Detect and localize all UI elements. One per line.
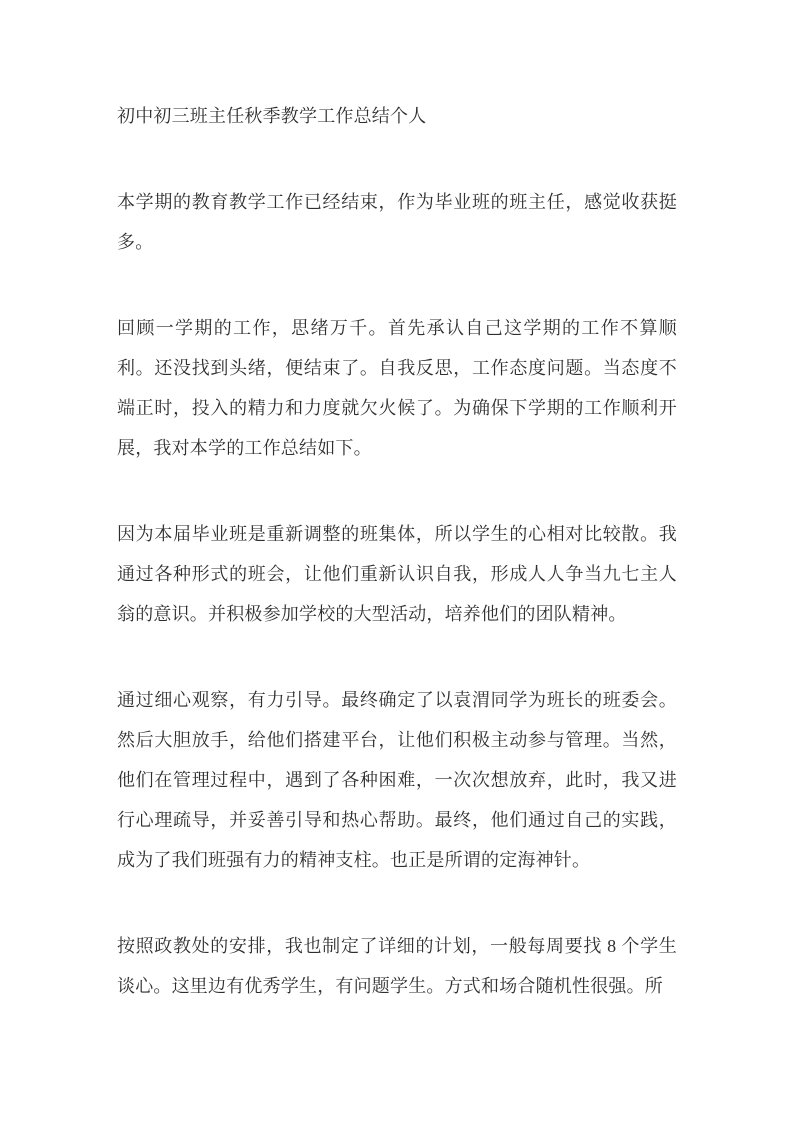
- paragraph-2: 回顾一学期的工作，思绪万千。首先承认自己这学期的工作不算顺利。还没找到头绪，便结…: [117, 308, 677, 468]
- document-title: 初中初三班主任秋季教学工作总结个人: [117, 96, 677, 136]
- document-page: 初中初三班主任秋季教学工作总结个人 本学期的教育教学工作已经结束，作为毕业班的班…: [0, 0, 793, 1122]
- paragraph-4: 通过细心观察，有力引导。最终确定了以袁渭同学为班长的班委会。然后大胆放手，给他们…: [117, 680, 677, 880]
- paragraph-1: 本学期的教育教学工作已经结束，作为毕业班的班主任，感觉收获挺多。: [117, 182, 677, 262]
- paragraph-3: 因为本届毕业班是重新调整的班集体，所以学生的心相对比较散。我通过各种形式的班会，…: [117, 514, 677, 634]
- paragraph-5: 按照政教处的安排，我也制定了详细的计划，一般每周要找 8 个学生谈心。这里边有优…: [117, 926, 677, 1006]
